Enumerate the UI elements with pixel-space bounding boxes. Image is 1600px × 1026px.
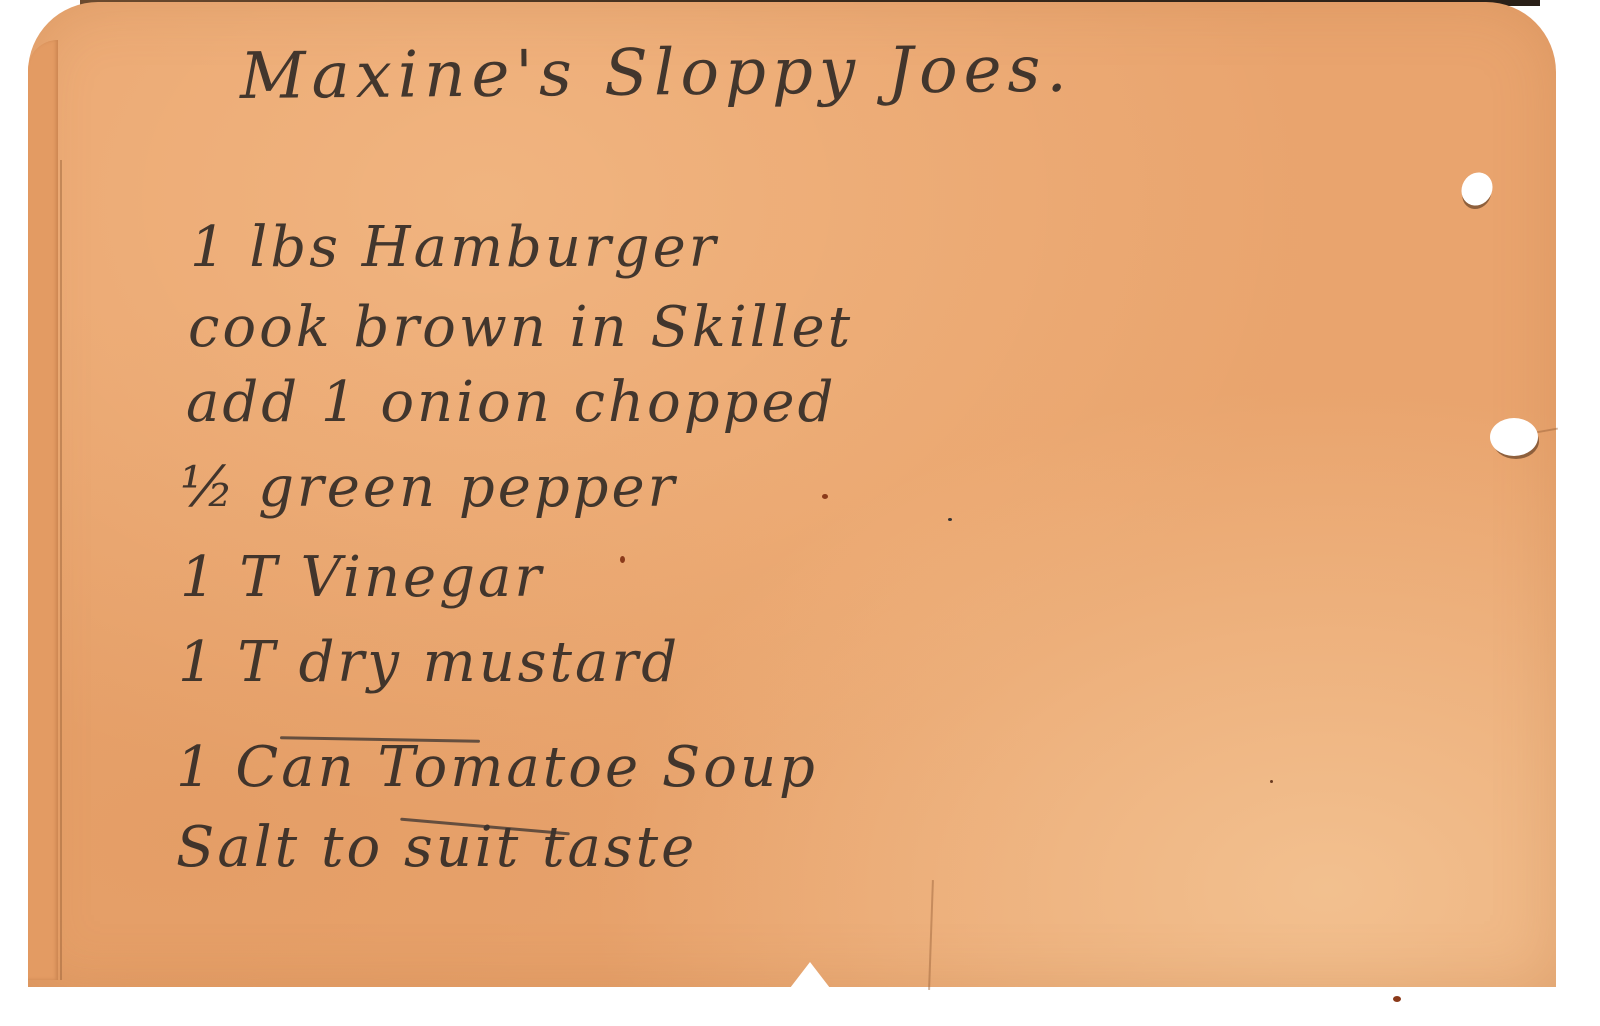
- paper-speck: [948, 518, 952, 521]
- paper-speck: [1270, 780, 1273, 783]
- recipe-title: Maxine's Sloppy Joes.: [240, 33, 1073, 114]
- recipe-line: 1 lbs Hamburger: [190, 215, 719, 280]
- paper-speck: [1393, 996, 1401, 1002]
- paper-speck: [620, 556, 625, 563]
- recipe-line: 1 T Vinegar: [180, 545, 544, 610]
- card-left-fold: [28, 40, 58, 980]
- recipe-line: cook brown in Skillet: [188, 295, 853, 360]
- recipe-line: 1 Can Tomatoe Soup: [176, 735, 818, 800]
- recipe-line: add 1 onion chopped: [186, 370, 836, 435]
- bottom-notch: [1494, 994, 1534, 1012]
- scanned-recipe-card-page: Maxine's Sloppy Joes. 1 lbs Hamburger co…: [0, 0, 1600, 1026]
- recipe-line: ½ green pepper: [180, 455, 677, 520]
- paper-crease: [60, 160, 62, 980]
- recipe-line: 1 T dry mustard: [178, 630, 680, 695]
- punch-hole-bottom: [1490, 418, 1538, 456]
- paper-speck: [822, 494, 828, 499]
- bottom-notch: [790, 962, 830, 988]
- recipe-line: Salt to suit taste: [176, 815, 697, 880]
